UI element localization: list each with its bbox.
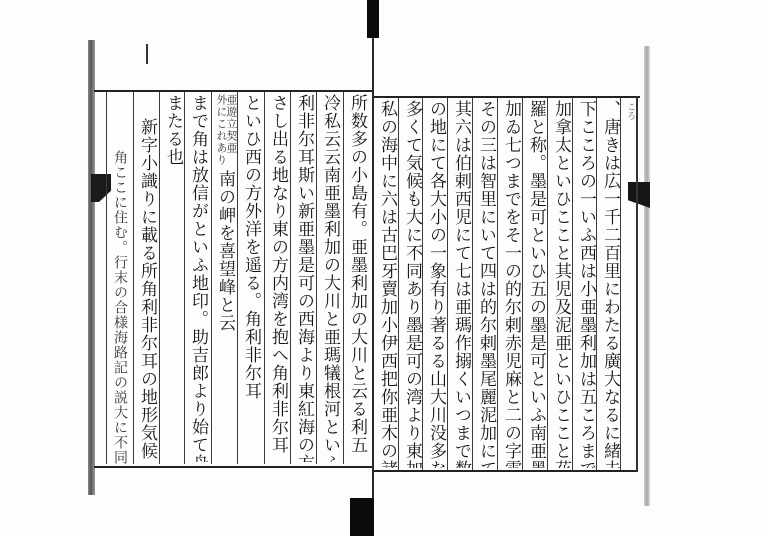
text-column: 角ここに住む。行末の合様海路記の説大に不同: [110, 150, 130, 518]
text-column: 利非尔耳斯い新亜墨是可の西海より東紅海の方へ: [292, 94, 316, 462]
text-column: 冷私云云南亜墨利加の大川と亜瑪犠根河といふ角: [318, 94, 342, 462]
text-column: さし出る地なり東の方内湾を抱へ角利非尔耳: [266, 94, 290, 462]
text-column: 所数多の小島有。亜墨利加の大川と云る利五: [345, 94, 369, 462]
column-rule: [290, 92, 291, 464]
text-column: 加拿太といひここと其児及泥亜といひここと花地といひ: [549, 100, 573, 468]
text-column: 私の海中に六は古巴牙賣加小伊西把你亜木の諸大島す: [375, 100, 399, 468]
text-column: 南の岬を喜望峰と云: [213, 170, 237, 460]
manuscript-scan: 所数多の小島有。亜墨利加の大川と云る利五 冷私云云南亜墨利加の大川と亜瑪犠根河と…: [0, 0, 768, 536]
text-column: 加ゐ七つまでをそ一の的尔剌赤児麻と二の字需: [499, 100, 523, 468]
margin-note: ころ: [624, 102, 637, 120]
left-page: 所数多の小島有。亜墨利加の大川と云る利五 冷私云云南亜墨利加の大川と亜瑪犠根河と…: [96, 90, 372, 470]
spine-marker-top: [367, 0, 379, 38]
text-column: 、唐きは広一千二百里にわたる廣大なるに緒夫: [598, 100, 622, 468]
column-rule: [264, 92, 265, 464]
side-note: 外にこれあり: [214, 94, 228, 174]
text-column: といひ西の方外洋を遥る。角利非尔耳: [239, 94, 263, 462]
column-rule: [211, 92, 212, 464]
text-column: その三は智里にいて四は的尔剌墨尾麗泥加にて五は根河: [474, 100, 498, 468]
text-column: まで角は放信がといふ地印。助吉郎より始て舟を捨ら: [186, 94, 210, 462]
right-page: ころ 、唐きは広一千二百里にわたる廣大なるに緒夫 下こころの一いふ西は小亜墨利加…: [374, 96, 640, 476]
right-top-rule: [374, 96, 640, 98]
left-top-rule: [94, 90, 372, 92]
column-rule: [159, 92, 160, 464]
text-column: 多くて気候も大に不同あり墨是可の湾より東加利部: [400, 100, 424, 468]
spine-marker-bottom: [350, 498, 374, 536]
column-rule: [106, 92, 107, 464]
text-column: 新字小識りに載る所角利非尔耳の地形気候: [135, 118, 159, 486]
text-column: の地にて各大小の一象有り著るる山大川没多なるも: [424, 100, 448, 468]
right-binding-tab: [628, 182, 650, 208]
column-rule: [316, 92, 317, 464]
right-frame-border: [636, 96, 638, 472]
left-page-edge: [88, 40, 95, 495]
text-column: 其六は伯剌西児にて七は亜瑪作搦くいつまで数百里: [449, 100, 473, 468]
text-column: 下こころの一いふ西は小亜墨利加は五ころまでそつと: [574, 100, 598, 468]
right-page-edge: [644, 46, 650, 506]
page-mark: [146, 44, 148, 64]
column-rule: [133, 92, 134, 464]
text-column: またる也: [161, 94, 185, 462]
column-rule: [343, 92, 344, 464]
text-column: 羅と称。墨是可といひ五の墨是可といふ南亜墨利: [524, 100, 548, 468]
right-bottom-rule: [374, 470, 636, 472]
left-binding-tab: [91, 174, 111, 202]
